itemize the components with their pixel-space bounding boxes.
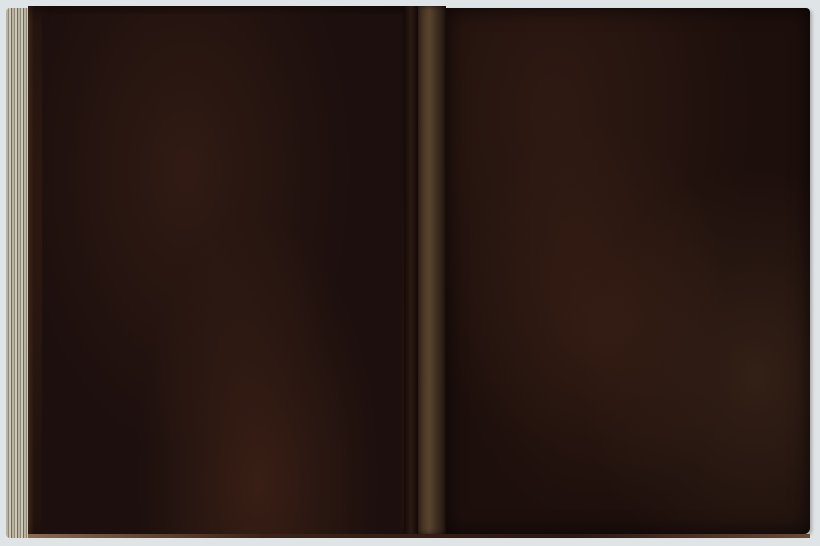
spine-gutter — [404, 6, 418, 534]
photo-scene — [0, 0, 820, 546]
book-spine — [418, 6, 446, 534]
left-cover-surface — [42, 14, 402, 534]
bottom-edge — [28, 534, 810, 538]
right-cover — [446, 8, 810, 534]
